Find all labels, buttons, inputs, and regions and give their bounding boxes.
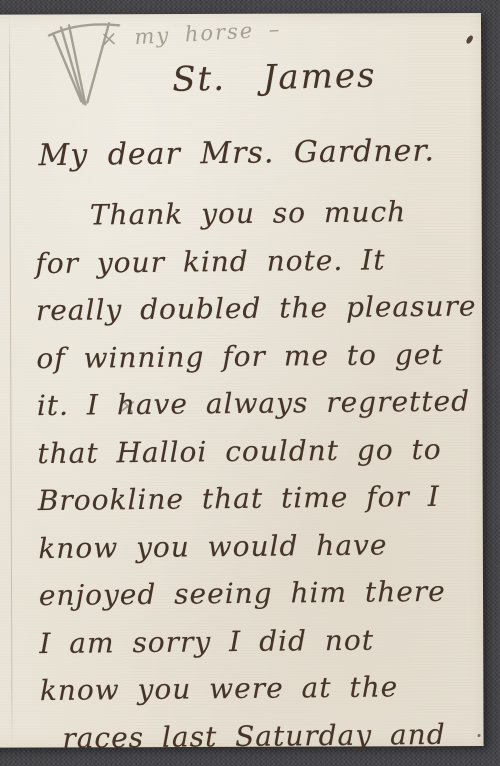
letter-salutation: My dear Mrs. Gardner. (38, 133, 435, 173)
letter-body-line: know you would have (38, 520, 475, 572)
pencil-note: × my horse – (100, 17, 282, 51)
letter-body-line: races last Saturday and (62, 710, 477, 762)
letter-body-line: Thank you so much (90, 188, 472, 239)
letter-body-line: enjoyed seeing him there (39, 567, 476, 619)
ink-speck (465, 34, 474, 44)
letter-body-line: it. I have always regretted (37, 378, 474, 430)
letter-body-line: really doubled the pleasure (36, 283, 473, 335)
letter-heading: St. James (172, 56, 377, 100)
letter-body-line: Brookline that time for I (38, 472, 475, 524)
letter-body-line: I am sorry I did not (39, 615, 476, 667)
letter-body-line: know you were at the (40, 662, 477, 714)
letter-body: Thank you so much for your kind note. It… (35, 188, 478, 763)
letter-body-line: that Halloi couldnt go to (37, 425, 474, 477)
letter-body-line: for your kind note. It (35, 235, 472, 287)
ink-speck (478, 734, 481, 737)
letter-body-line: of winning for me to get (36, 330, 473, 382)
paper-fold-crease (9, 15, 13, 748)
letter-page: × my horse – St. James My dear Mrs. Gard… (0, 13, 484, 748)
